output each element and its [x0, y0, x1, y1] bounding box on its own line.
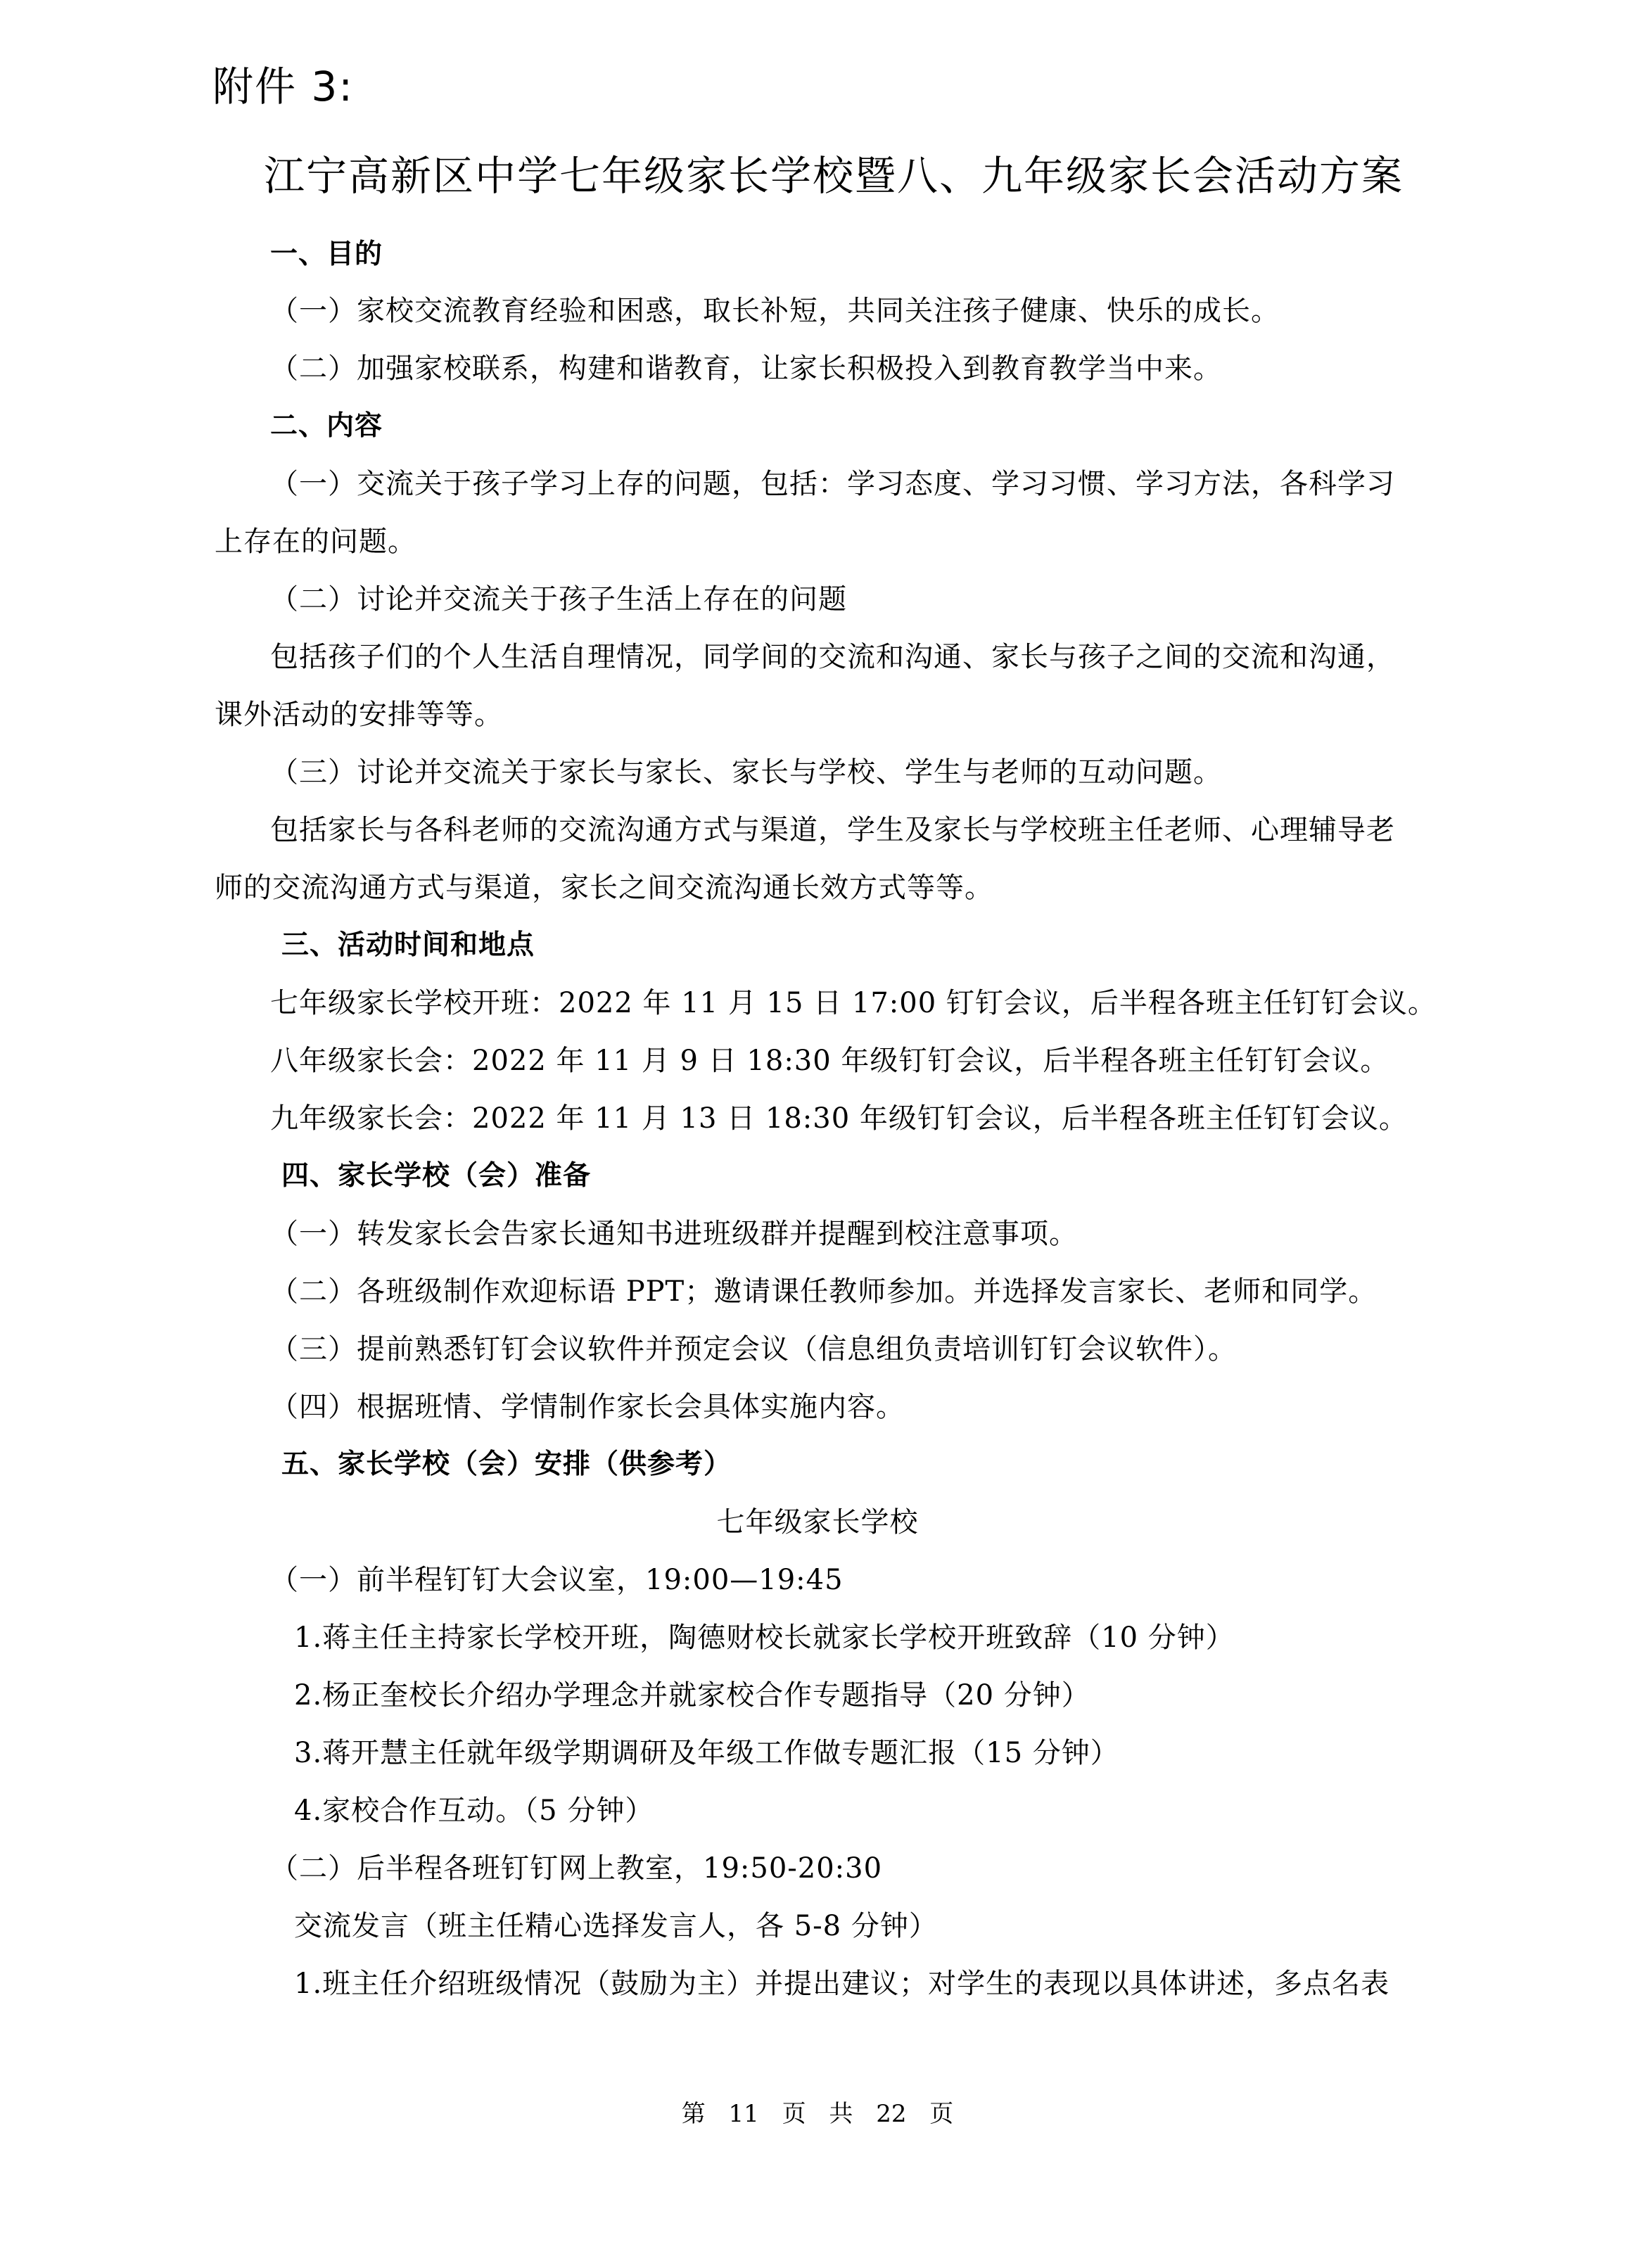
paragraph: （二）讨论并交流关于孩子生活上存在的问题: [270, 582, 847, 616]
paragraph-continuation: 课外活动的安排等等。: [215, 698, 503, 732]
paragraph: 交流发言（班主任精心选择发言人，各 5-8 分钟）: [294, 1909, 938, 1943]
paragraph: （二）加强家校联系，构建和谐教育，让家长积极投入到教育教学当中来。: [270, 352, 1222, 386]
paragraph: （三）提前熟悉钉钉会议软件并预定会议（信息组负责培训钉钉会议软件）。: [270, 1332, 1237, 1366]
paragraph: （一）交流关于孩子学习上存的问题，包括：学习态度、学习习惯、学习方法，各科学习: [270, 467, 1395, 501]
paragraph: 包括孩子们的个人生活自理情况，同学间的交流和沟通、家长与孩子之间的交流和沟通，: [270, 640, 1395, 674]
section-heading-time-place: 三、活动时间和地点: [281, 929, 535, 962]
schedule-line-grade8: 八年级家长会：2022 年 11 月 9 日 18:30 年级钉钉会议，后半程各…: [270, 1044, 1389, 1078]
footer-total-prefix: 共: [829, 2100, 853, 2128]
paragraph-continuation: 师的交流沟通方式与渠道，家长之间交流沟通长效方式等等。: [215, 871, 993, 905]
footer-page-word-2: 页: [929, 2100, 953, 2128]
paragraph: （一）前半程钉钉大会议室，19:00—19:45: [270, 1563, 844, 1597]
agenda-item: 2.杨正奎校长介绍办学理念并就家校合作专题指导（20 分钟）: [294, 1678, 1090, 1712]
schedule-line-grade7: 七年级家长学校开班：2022 年 11 月 15 日 17:00 钉钉会议，后半…: [270, 986, 1437, 1020]
current-page-number: 11: [729, 2100, 759, 2128]
section-heading-arrangement: 五、家长学校（会）安排（供参考）: [281, 1448, 732, 1482]
paragraph: （四）根据班情、学情制作家长会具体实施内容。: [270, 1390, 905, 1424]
agenda-item: 3.蒋开慧主任就年级学期调研及年级工作做专题汇报（15 分钟）: [294, 1736, 1119, 1770]
section-heading-content: 二、内容: [270, 409, 383, 443]
paragraph: （三）讨论并交流关于家长与家长、家长与学校、学生与老师的互动问题。: [270, 756, 1222, 789]
page-footer: 第 11 页 共 22 页: [0, 2100, 1635, 2128]
section-heading-preparation: 四、家长学校（会）准备: [281, 1159, 591, 1193]
agenda-item: 1.蒋主任主持家长学校开班，陶德财校长就家长学校开班致辞（10 分钟）: [294, 1621, 1235, 1655]
total-pages-number: 22: [876, 2100, 906, 2128]
attachment-label: 附件 3:: [212, 62, 354, 111]
footer-prefix: 第: [682, 2100, 706, 2128]
subsection-title: 七年级家长学校: [0, 1505, 1635, 1539]
document-page: 附件 3: 江宁高新区中学七年级家长学校暨八、九年级家长会活动方案 一、目的 （…: [0, 0, 1635, 2268]
agenda-item: 4.家校合作互动。（5 分钟）: [294, 1794, 654, 1828]
agenda-item: 1.班主任介绍班级情况（鼓励为主）并提出建议；对学生的表现以具体讲述，多点名表: [294, 1967, 1389, 2001]
paragraph-continuation: 上存在的问题。: [215, 525, 416, 559]
paragraph: （一）转发家长会告家长通知书进班级群并提醒到校注意事项。: [270, 1217, 1078, 1251]
paragraph: （二）各班级制作欢迎标语 PPT；邀请课任教师参加。并选择发言家长、老师和同学。: [270, 1275, 1377, 1308]
paragraph: （一）家校交流教育经验和困惑，取长补短，共同关注孩子健康、快乐的成长。: [270, 294, 1280, 328]
paragraph: （二）后半程各班钉钉网上教室，19:50-20:30: [270, 1852, 882, 1885]
footer-page-word: 页: [782, 2100, 806, 2128]
document-title: 江宁高新区中学七年级家长学校暨八、九年级家长会活动方案: [0, 151, 1635, 200]
section-heading-purpose: 一、目的: [270, 238, 383, 272]
schedule-line-grade9: 九年级家长会：2022 年 11 月 13 日 18:30 年级钉钉会议，后半程…: [270, 1102, 1408, 1135]
paragraph: 包括家长与各科老师的交流沟通方式与渠道，学生及家长与学校班主任老师、心理辅导老: [270, 813, 1395, 847]
